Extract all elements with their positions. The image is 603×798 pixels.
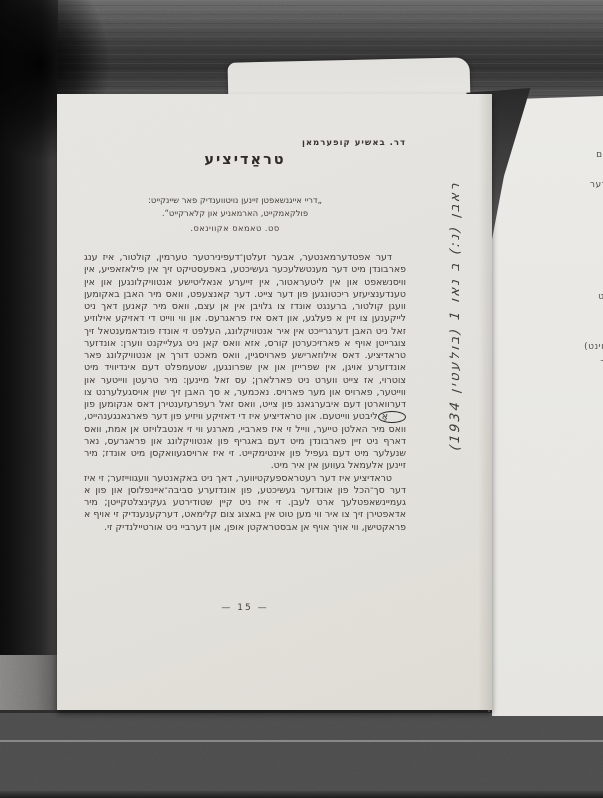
scanner-bottom-band	[0, 710, 603, 798]
scanner-bottom-dark-edge	[0, 791, 603, 798]
handwritten-margin-note: ראבן (נ:) ב נאו 1 (בולעטין 1934)	[448, 180, 482, 502]
main-page: דר. באשיע קופערמאן טראַדיציע „דריי אייגנ…	[57, 94, 492, 710]
scanner-bottom-highlight-line	[0, 740, 603, 742]
article-title: טראַדיציע	[84, 152, 406, 168]
circled-word-annotation: אָ	[378, 411, 406, 423]
page-content: דר. באשיע קופערמאן טראַדיציע „דריי אייגנ…	[84, 94, 406, 710]
page-number: — 15 —	[84, 603, 406, 613]
scanned-page-view: ווים (דער אט (ווינט) דך א דר. באשיע קופע…	[0, 0, 603, 798]
epigraph-line-1: „דריי אייגנשאפטן זיינען נויטווענדיק פאר …	[90, 194, 380, 207]
article-byline-text: דר. באשיע קופערמאן	[302, 138, 406, 148]
facing-page-text-fragment: (דער	[590, 180, 603, 190]
epigraph-line-2: פולקאמקייט, הארמאניע און קלארקייט“.	[90, 207, 380, 220]
epigraph-block: „דריי אייגנשאפטן זיינען נויטווענדיק פאר …	[90, 194, 380, 235]
facing-page-text-fragment: (ווינט)	[584, 342, 603, 352]
article-byline: דר. באשיע קופערמאן	[84, 138, 406, 148]
epigraph-attribution: סט. טאמאס אקווינאס.	[90, 222, 380, 235]
facing-page-text-fragment: ווים	[596, 150, 603, 160]
paragraph-1-continuation: ליבטע ווייטעם. און טראדיציע איז די דאזיק…	[84, 411, 406, 471]
facing-page: ווים (דער אט (ווינט) דך א	[492, 96, 603, 716]
body-paragraph-1: דער אפטדערמאנטער, אבער זעלטן־דעפינירטער …	[84, 252, 406, 473]
paragraph-1-text: דער אפטדערמאנטער, אבער זעלטן־דעפינירטער …	[84, 252, 406, 410]
facing-page-text-fragment: אט	[598, 292, 603, 302]
body-paragraph-2: טראדיציע איז דער רעטראספעקטיווער, דאך ני…	[84, 473, 406, 534]
article-body: דער אפטדערמאנטער, אבער זעלטן־דעפינירטער …	[84, 252, 406, 534]
